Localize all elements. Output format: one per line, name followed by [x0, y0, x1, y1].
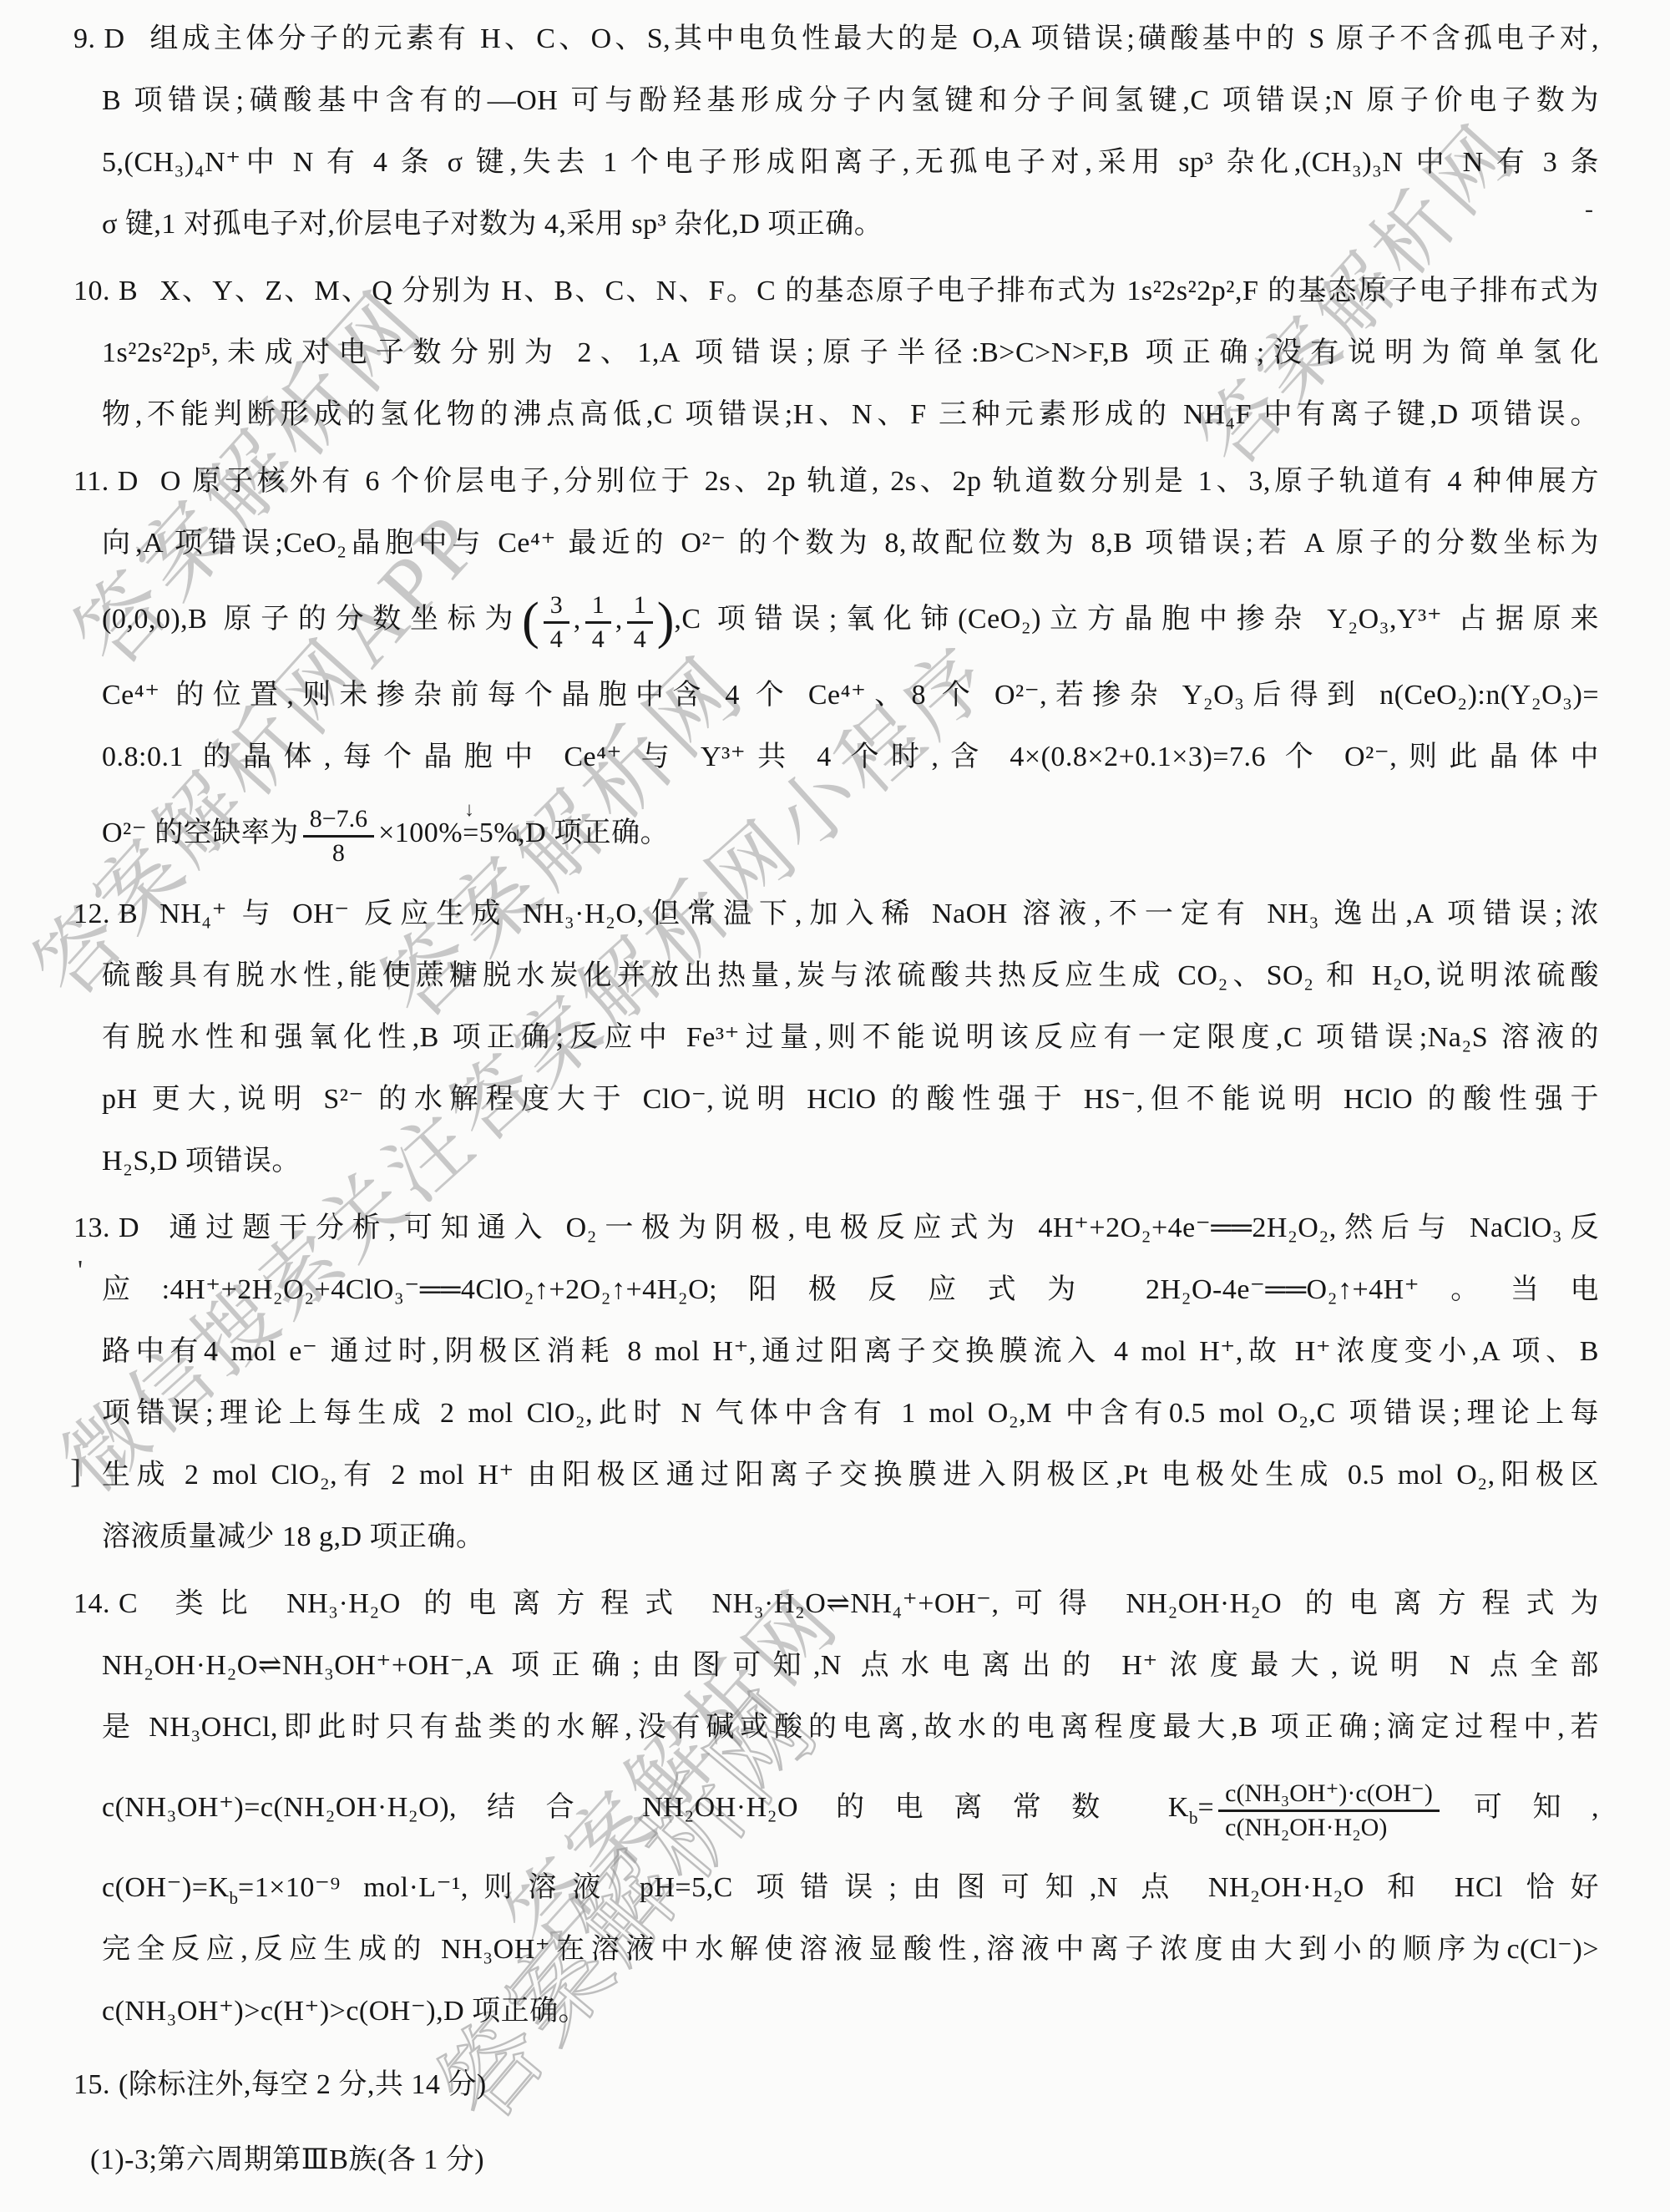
fraction-numerator: 1 [585, 590, 611, 624]
answer-line: 溶液质量减少 18 g,D 项正确。 [0, 1506, 1599, 1568]
item-12: 12.BNH₄⁺ 与 OH⁻ 反应生成 NH₃·H₂O,但常温下,加入稀 NaO… [0, 883, 1599, 1192]
explanation-text: 可知, [1444, 1792, 1599, 1823]
item-10: 10.BX、Y、Z、M、Q 分别为 H、B、C、N、F。C 的基态原子电子排布式… [0, 261, 1599, 446]
answer-line: 项错误;理论上每生成 2 mol ClO₂,此时 N 气体中含有 1 mol O… [0, 1383, 1599, 1445]
explanation-text: NH₂OH·H₂O⇌NH₃OH⁺+OH⁻,A 项正确;由图可知,N 点水电离出的… [102, 1650, 1599, 1681]
explanation-text: σ 键,1 对孤电子对,价层电子对数为 4,采用 sp³ 杂化,D 项正确。 [102, 209, 883, 240]
item-9: 9.D组成主体分子的元素有 H、C、O、S,其中电负性最大的是 O,A 项错误;… [0, 8, 1599, 256]
fraction-numerator: 1 [627, 590, 653, 624]
answer-line: 路中有4 mol e⁻ 通过时,阴极区消耗 8 mol H⁺,通过阳离子交换膜流… [0, 1321, 1599, 1383]
paren-close: ) [657, 593, 675, 650]
subscript-b: b [1189, 1808, 1198, 1828]
explanation-text: Ce⁴⁺ 的位置,则未掺杂前每个晶胞中含 4 个 Ce⁴⁺、8 个 O²⁻,若掺… [102, 680, 1599, 711]
fraction: 14 [585, 590, 611, 652]
explanation-text: 通过题干分析,可知通入 O₂一极为阴极,电极反应式为 4H⁺+2O₂+4e⁻══… [161, 1212, 1599, 1243]
fraction-denominator: c(NH₂OH·H₂O) [1218, 1812, 1440, 1841]
question-number: 13. [73, 1212, 110, 1243]
question-number: 9. [73, 23, 96, 54]
fraction-numerator: c(NH₃OH⁺)·c(OH⁻) [1218, 1779, 1440, 1812]
section-heading: (除标注外,每空 2 分,共 14 分) [119, 2069, 487, 2100]
answer-line: 9.D组成主体分子的元素有 H、C、O、S,其中电负性最大的是 O,A 项错误;… [0, 8, 1599, 70]
fraction-denominator: 4 [585, 624, 611, 653]
answer-line: 10.BX、Y、Z、M、Q 分别为 H、B、C、N、F。C 的基态原子电子排布式… [0, 261, 1599, 322]
explanation-text: X、Y、Z、M、Q 分别为 H、B、C、N、F。C 的基态原子电子排布式为 1s… [159, 276, 1599, 306]
answer-line: 15.(除标注外,每空 2 分,共 14 分) [0, 2054, 1599, 2116]
question-number: 11. [73, 466, 109, 497]
explanation-text: pH 更大,说明 S²⁻ 的水解程度大于 ClO⁻,说明 HClO 的酸性强于 … [102, 1084, 1599, 1115]
answer-line: c(NH₃OH⁺)=c(NH₂OH·H₂O),结合 NH₂OH·H₂O 的电离常… [0, 1759, 1599, 1857]
answer-line: NH₂OH·H₂O⇌NH₃OH⁺+OH⁻,A 项正确;由图可知,N 点水电离出的… [0, 1635, 1599, 1697]
answer-line: c(OH⁻)=Kb=1×10⁻⁹ mol·L⁻¹,则溶液 pH=5,C 项错误;… [0, 1857, 1599, 1919]
explanation-text: O 原子核外有 6 个价层电子,分别位于 2s、2p 轨道, 2s、2p 轨道数… [160, 466, 1599, 497]
answer-line: 完全反应,反应生成的 NH₃OH⁺在溶液中水解使溶液显酸性,溶液中离子浓度由大到… [0, 1919, 1599, 1981]
explanation-text: 项错误;理论上每生成 2 mol ClO₂,此时 N 气体中含有 1 mol O… [102, 1398, 1599, 1429]
explanation-text: c(NH₃OH⁺)=c(NH₂OH·H₂O),结合 NH₂OH·H₂O 的电离常… [102, 1792, 1168, 1823]
explanation-text: 有脱水性和强氧化性,B 项正确;反应中 Fe³⁺过量,则不能说明该反应有一定限度… [102, 1022, 1599, 1053]
explanation-text: B 项错误;磺酸基中含有的—OH 可与酚羟基形成分子内氢键和分子间氢键,C 项错… [102, 85, 1599, 116]
fraction: 8−7.68 [303, 804, 374, 866]
fraction-numerator: 8−7.6 [303, 804, 374, 838]
explanation-text: (0,0,0),B 原子的分数坐标为 [102, 604, 522, 635]
question-number: 14. [73, 1588, 110, 1619]
item-14: 14.C类比 NH₃·H₂O 的电离方程式 NH₃·H₂O⇌NH₄⁺+OH⁻,可… [0, 1573, 1599, 2042]
explanation-text: 溶液质量减少 18 g,D 项正确。 [102, 1521, 485, 1552]
answer-line: Ce⁴⁺ 的位置,则未掺杂前每个晶胞中含 4 个 Ce⁴⁺、8 个 O²⁻,若掺… [0, 665, 1599, 726]
answer-line: 13.D通过题干分析,可知通入 O₂一极为阴极,电极反应式为 4H⁺+2O₂+4… [0, 1197, 1599, 1259]
question-number: 12. [73, 898, 110, 929]
explanation-text: ×100%=5%,D 项正确。 [378, 817, 669, 848]
explanation-text: 类比 NH₃·H₂O 的电离方程式 NH₃·H₂O⇌NH₄⁺+OH⁻,可得 NH… [159, 1588, 1599, 1619]
equals-sign: = [1197, 1792, 1214, 1823]
answer-line: c(NH₃OH⁺)>c(H⁺)>c(OH⁻),D 项正确。 [0, 1981, 1599, 2042]
answer-letter: C [119, 1588, 138, 1619]
answer-line: 生成 2 mol ClO₂,有 2 mol H⁺ 由阳极区通过阳离子交换膜进入阴… [0, 1445, 1599, 1506]
explanation-text: c(NH₃OH⁺)>c(H⁺)>c(OH⁻),D 项正确。 [102, 1996, 587, 2027]
explanation-text: 5,(CH₃)₄N⁺中 N 有 4 条 σ 键,失去 1 个电子形成阳离子,无孤… [102, 147, 1599, 178]
answer-line: 是 NH₃OHCl,即此时只有盐类的水解,没有碱或酸的电离,故水的电离程度最大,… [0, 1697, 1599, 1759]
answer-sheet: 9.D组成主体分子的元素有 H、C、O、S,其中电负性最大的是 O,A 项错误;… [0, 0, 1599, 2191]
explanation-text: 物,不能判断形成的氢化物的沸点高低,C 项错误;H、N、F 三种元素形成的 NH… [102, 399, 1599, 430]
explanation-text: H₂S,D 项错误。 [102, 1146, 301, 1177]
answer-line: 应:4H⁺+2H₂O₂+4ClO₃⁻══4ClO₂↑+2O₂↑+4H₂O;阳极反… [0, 1259, 1599, 1321]
answer-letter: D [104, 23, 125, 54]
answer-line: (0,0,0),B 原子的分数坐标为(34,14,14),C 项错误;氧化铈(C… [0, 575, 1599, 665]
fraction: 34 [544, 590, 569, 652]
answer-line: pH 更大,说明 S²⁻ 的水解程度大于 ClO⁻,说明 HClO 的酸性强于 … [0, 1069, 1599, 1131]
answer-letter: D [119, 1212, 139, 1243]
answer-line: O²⁻ 的空缺率为8−7.68×100%=5%,D 项正确。 [0, 788, 1599, 878]
explanation-text: 向,A 项错误;CeO₂晶胞中与 Ce⁴⁺ 最近的 O²⁻ 的个数为 8,故配位… [102, 528, 1599, 559]
explanation-text: 组成主体分子的元素有 H、C、O、S,其中电负性最大的是 O,A 项错误;磺酸基… [147, 23, 1599, 54]
explanation-text: 硫酸具有脱水性,能使蔗糖脱水炭化并放出热量,炭与浓硫酸共热反应生成 CO₂、SO… [102, 960, 1599, 991]
explanation-text: 生成 2 mol ClO₂,有 2 mol H⁺ 由阳极区通过阳离子交换膜进入阴… [102, 1460, 1599, 1491]
answer-line: 12.BNH₄⁺ 与 OH⁻ 反应生成 NH₃·H₂O,但常温下,加入稀 NaO… [0, 883, 1599, 945]
question-number: 10. [73, 276, 110, 306]
answer-line: 14.C类比 NH₃·H₂O 的电离方程式 NH₃·H₂O⇌NH₄⁺+OH⁻,可… [0, 1573, 1599, 1635]
explanation-text: 1s²2s²2p⁵,未成对电子数分别为 2、1,A 项错误;原子半径:B>C>N… [102, 337, 1599, 368]
explanation-text: O²⁻ 的空缺率为 [102, 817, 299, 848]
fraction-denominator: 8 [303, 838, 374, 867]
answer-letter: D [118, 466, 139, 497]
explanation-text: 完全反应,反应生成的 NH₃OH⁺在溶液中水解使溶液显酸性,溶液中离子浓度由大到… [102, 1934, 1599, 1965]
explanation-text: 是 NH₃OHCl,即此时只有盐类的水解,没有碱或酸的电离,故水的电离程度最大,… [102, 1712, 1599, 1743]
answer-line: 11.DO 原子核外有 6 个价层电子,分别位于 2s、2p 轨道, 2s、2p… [0, 451, 1599, 513]
fraction-numerator: 3 [544, 590, 569, 624]
explanation-text: c(OH⁻)=K [102, 1872, 230, 1903]
item-11: 11.DO 原子核外有 6 个价层电子,分别位于 2s、2p 轨道, 2s、2p… [0, 451, 1599, 878]
answer-line: σ 键,1 对孤电子对,价层电子对数为 4,采用 sp³ 杂化,D 项正确。 [0, 194, 1599, 256]
fraction: 14 [627, 590, 653, 652]
answer-line: 1s²2s²2p⁵,未成对电子数分别为 2、1,A 项错误;原子半径:B>C>N… [0, 322, 1599, 384]
answer-letter: B [119, 898, 138, 929]
answer-line: 物,不能判断形成的氢化物的沸点高低,C 项错误;H、N、F 三种元素形成的 NH… [0, 384, 1599, 446]
explanation-text: =1×10⁻⁹ mol·L⁻¹,则溶液 pH=5,C 项错误;由图可知,N 点 … [238, 1872, 1599, 1903]
answer-line: 向,A 项错误;CeO₂晶胞中与 Ce⁴⁺ 最近的 O²⁻ 的个数为 8,故配位… [0, 513, 1599, 575]
answer-line: 0.8:0.1 的晶体,每个晶胞中 Ce⁴⁺ 与 Y³⁺共 4 个时,含 4×(… [0, 726, 1599, 788]
fraction: c(NH₃OH⁺)·c(OH⁻)c(NH₂OH·H₂O) [1218, 1779, 1440, 1840]
explanation-text: ,C 项错误;氧化铈(CeO₂)立方晶胞中掺杂 Y₂O₃,Y³⁺ 占据原来 [674, 604, 1599, 635]
explanation-text: 路中有4 mol e⁻ 通过时,阴极区消耗 8 mol H⁺,通过阳离子交换膜流… [102, 1336, 1599, 1367]
explanation-text: 应:4H⁺+2H₂O₂+4ClO₃⁻══4ClO₂↑+2O₂↑+4H₂O;阳极反… [102, 1274, 1599, 1305]
question-number: 15. [73, 2069, 110, 2100]
item-13: 13.D通过题干分析,可知通入 O₂一极为阴极,电极反应式为 4H⁺+2O₂+4… [0, 1197, 1599, 1568]
paren-open: ( [522, 593, 539, 650]
answer-line: (1)-3;第六周期第ⅢB族(各 1 分) [0, 2129, 1599, 2191]
explanation-text: NH₄⁺ 与 OH⁻ 反应生成 NH₃·H₂O,但常温下,加入稀 NaOH 溶液… [159, 898, 1599, 929]
answer-line: 有脱水性和强氧化性,B 项正确;反应中 Fe³⁺过量,则不能说明该反应有一定限度… [0, 1007, 1599, 1069]
subscript-b: b [230, 1888, 239, 1908]
explanation-text: (1)-3;第六周期第ⅢB族(各 1 分) [90, 2144, 484, 2175]
explanation-text: 0.8:0.1 的晶体,每个晶胞中 Ce⁴⁺ 与 Y³⁺共 4 个时,含 4×(… [102, 742, 1599, 772]
answer-line: H₂S,D 项错误。 [0, 1131, 1599, 1192]
comma: , [574, 604, 581, 635]
answer-line: 硫酸具有脱水性,能使蔗糖脱水炭化并放出热量,炭与浓硫酸共热反应生成 CO₂、SO… [0, 945, 1599, 1007]
fraction-denominator: 4 [627, 624, 653, 653]
answer-line: B 项错误;磺酸基中含有的—OH 可与酚羟基形成分子内氢键和分子间氢键,C 项错… [0, 70, 1599, 132]
item-15: 15.(除标注外,每空 2 分,共 14 分) (1)-3;第六周期第ⅢB族(各… [0, 2054, 1599, 2191]
answer-letter: B [119, 276, 138, 306]
answer-line: 5,(CH₃)₄N⁺中 N 有 4 条 σ 键,失去 1 个电子形成阳离子,无孤… [0, 132, 1599, 194]
fraction-denominator: 4 [544, 624, 569, 653]
comma: , [615, 604, 623, 635]
equilibrium-constant-symbol: K [1168, 1792, 1189, 1823]
